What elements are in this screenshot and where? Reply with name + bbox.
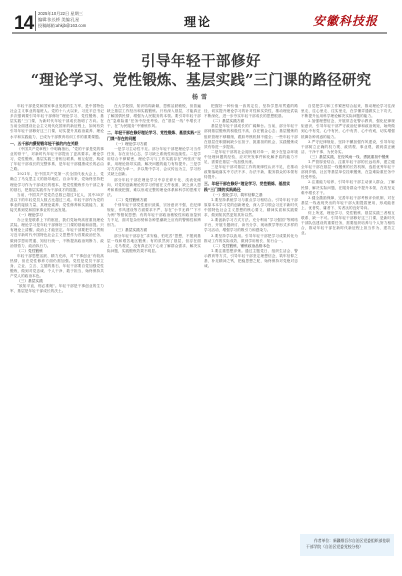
- paragraph: 综上所述，理论学习、党性锻炼、基层实践三者相互联系、缺一不可。引导年轻干部修好这…: [301, 211, 395, 236]
- paragraph: 部分年轻干部在理论学习中存在碎片化、浅表化倾向，对党的创新理论的学习停留在文件表…: [107, 178, 201, 198]
- paragraph: 3.健全激励保障，完善年轻干部考核评价机制，对在基层一线表现突出的年轻干部大胆提…: [301, 196, 395, 211]
- paragraph: 一是学习主动性不足。部分年轻干部把理论学习当作任务，存在应付心态，学习缺乏系统性…: [107, 147, 201, 178]
- paragraph: 把握好一种价值一致的定位，坚持学思用贯通的路径，切实提升理论学习的针对性和实效性…: [204, 104, 298, 119]
- article-column-3: 把握好一种价值一致的定位，坚持学思用贯通的路径，切实提升理论学习的针对性和实效性…: [204, 104, 298, 570]
- paragraph: 2.要创新学习方式方法。充分利用“学习强国”等网络平台，开展专题研讨、读书分享、…: [204, 218, 298, 233]
- paragraph: 年轻干部是党和国家事业发展的生力军，是中国特色社会主义事业的接班人。党的十八大以…: [10, 104, 104, 140]
- article-body: 年轻干部是党和国家事业发展的生力军，是中国特色社会主义事业的接班人。党的十八大以…: [10, 104, 394, 570]
- paragraph: 2.注重能力培养，引导年轻干部主动深入群众、了解民情、解决实际问题，在服务群众中…: [301, 180, 395, 195]
- headline-line-2: “理论学习、党性锻炼、基层实践”三门课的路径研究: [0, 69, 402, 90]
- paragraph: 1.要注重思想淬炼。通过主题党日、组织生活会、警示教育等方式，引导年轻干部坚定理…: [204, 249, 298, 269]
- paragraph: “欲知平直，则必准绳”。年轻干部是干事创业的生力军，基层是年轻干部成长的沃土。: [10, 284, 104, 294]
- paragraph: 自觉把学习和工作紧密结合起来，推动理论学习往深里走、往心里走、往实里走，在学懂弄…: [301, 104, 395, 119]
- newspaper-logo: 安徽科技报: [313, 12, 378, 29]
- issue-meta: 2025年10月22日 星期三 编辑:张长桥 美编:孔星 投稿邮箱:ahkjb@…: [38, 11, 86, 29]
- paragraph: 三是年轻干部对基层工作的规律性认识不足，在推动政策落地落实中方法不多、办法不新，…: [204, 165, 298, 180]
- paragraph: 2.加强理想信念，开展常态化警示教育，强化纪律规矩意识，引导年轻干部严守政治纪律…: [301, 119, 395, 139]
- section-title: 理论: [184, 13, 212, 30]
- paragraph: 在大学校园，知识结构新颖，思维活跃敏锐，但普遍缺乏基层工作经历和实践锻炼。只有深…: [107, 104, 201, 129]
- paragraph: 个别年轻干部党性意识淡薄，宗旨意识不强，在纪律规矩、作风建设等方面要求不严，存在…: [107, 203, 201, 228]
- masthead-divider: [35, 11, 36, 31]
- article-column-4: 自觉把学习和工作紧密结合起来，推动理论学习往深里走、往心里走、往实里走，在学懂弄…: [301, 104, 395, 530]
- article-column-2: 在大学校园，知识结构新颖，思维活跃敏锐，但普遍缺乏基层工作经历和实践锻炼。只有深…: [107, 104, 201, 570]
- paragraph: 1921年，在中国共产党第一次全国代表大会上，党确立了马克思主义的指导地位。百余…: [10, 172, 104, 192]
- paragraph: 办公室是联系上下的枢纽，我们党始终高度重视理论武装。理论学习是年轻干部修好三门课…: [10, 218, 104, 249]
- section-heading: 二、年轻干部在修好理论学习、党性锻炼、基层实践“三门课”存在的问题: [107, 130, 201, 140]
- author-byline: 杨雪: [0, 92, 402, 101]
- masthead-rule: [12, 32, 387, 34]
- paragraph: 1.要坚持系统学习与重点学习相结合。引导年轻干部原原本本学习党的创新理论，深入学…: [204, 198, 298, 218]
- paragraph: 3.要坚持学以致用。引导年轻干部把学习成果转化为推动工作的实际成效，做到学用相长…: [204, 234, 298, 244]
- headline-line-1: 引导年轻干部修好: [0, 50, 402, 71]
- section-heading: 三、年轻干部在修好“理论学习、党性锻炼、基层实践”三门课的实践路径: [204, 181, 298, 191]
- section-heading: 一、五千部内摄韧锻年轻干部的内在关联: [10, 141, 104, 146]
- author-unit-text: 作者单位：新疆维吾尔自治区党委组织部挂职干部学院（自治区党委党校分校）: [300, 534, 394, 549]
- paragraph: 《中国共产党章程》中明确指出，“党的干部是党的事业的骨干”，对新时代年轻干部提出…: [10, 147, 104, 172]
- paragraph: 1.严管厚爱结合，注重年轻干部的长远培养，建立健全年轻干部在基层一线锻炼的长效机…: [301, 160, 395, 180]
- paragraph: 基层是年轻干部成长的广阔舞台。当前，部分年轻干部到基层锻炼的积极性不高，存在镀金…: [204, 124, 298, 149]
- paragraph: 年轻干部思想活跃、精力充沛，对“干事创业”有较高热情，但在党性修养方面仍需加强。…: [10, 254, 104, 279]
- author-unit-box: 作者单位：新疆维吾尔自治区党委组织部挂职干部学院（自治区党委党校分校）: [300, 534, 394, 556]
- paragraph: 3.严守纪律规矩，坚持不懈加强作风建设，引导年轻干部树立正确的权力观、政绩观、事…: [301, 140, 395, 155]
- paragraph: 二是年轻干部的社会阅历相对单一，缺少在复杂环境中处理问题的经验，应对突发事件和化…: [204, 150, 298, 165]
- newspaper-masthead: 14 2025年10月22日 星期三 编辑:张长桥 美编:孔星 投稿邮箱:ahk…: [0, 0, 402, 36]
- paragraph: 当前，中国共产党党员总数已超过1亿人，其中35岁及以下的年轻党员人数占比超过三成…: [10, 193, 104, 213]
- paragraph: 部分年轻干部存在“求安稳、怕吃苦”思想，不愿到基层一线和艰苦地区锻炼；有的虽然到…: [107, 234, 201, 254]
- article-column-1: 年轻干部是党和国家事业发展的生力军，是中国特色社会主义事业的接班人。党的十八大以…: [10, 104, 104, 570]
- submission-email: 投稿邮箱:ahkjb@163.com: [38, 23, 86, 29]
